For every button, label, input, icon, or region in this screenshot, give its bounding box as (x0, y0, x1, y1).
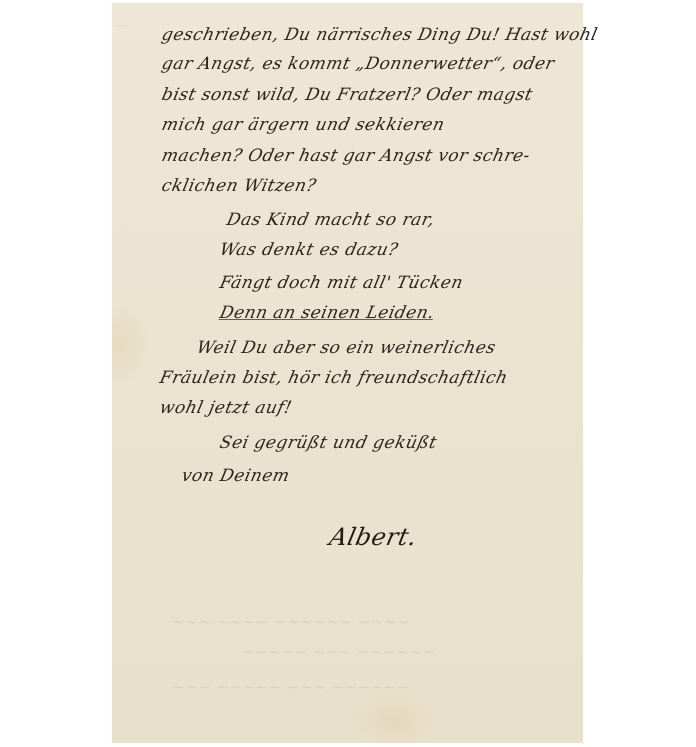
bleed-through-text: ~~~ ~~~~~ ~~~ ~~~~~~ (170, 678, 412, 696)
closing-line: von Deinem (180, 466, 292, 486)
closing-line: Sei gegrüßt und geküßt (218, 433, 439, 453)
verse-line: Fängt doch mit all' Tücken (218, 273, 465, 293)
letter-line: machen? Oder hast gar Angst vor schre- (160, 146, 532, 166)
closing-line: Fräulein bist, hör ich freundschaftlich (158, 368, 510, 388)
closing-line: Weil Du aber so ein weinerliches (195, 338, 498, 358)
bleed-through-text: ~~~ ~~~~ ~~~~~~ ~~~~ (170, 613, 412, 631)
letter-page: ···· geschrieben, Du närrisches Ding Du!… (112, 3, 583, 743)
letter-line: mich gar ärgern und sekkieren (160, 115, 447, 135)
letter-line: cklichen Witzen? (160, 176, 318, 196)
signature: Albert. (327, 523, 420, 551)
bleed-through-text: ~~~~~ ~~~ ~~~~~~ (240, 643, 437, 661)
letter-line: gar Angst, es kommt „Donnerwetter“, oder (160, 54, 557, 74)
corner-pencil-mark: ···· (118, 23, 130, 30)
verse-line: Das Kind macht so rar, (225, 210, 437, 230)
closing-line: wohl jetzt auf! (158, 398, 294, 418)
letter-line: bist sonst wild, Du Fratzerl? Oder magst (160, 85, 535, 105)
letter-line: geschrieben, Du närrisches Ding Du! Hast… (160, 25, 600, 45)
verse-line: Was denkt es dazu? (218, 240, 400, 260)
verse-line: Denn an seinen Leiden. (218, 303, 436, 323)
